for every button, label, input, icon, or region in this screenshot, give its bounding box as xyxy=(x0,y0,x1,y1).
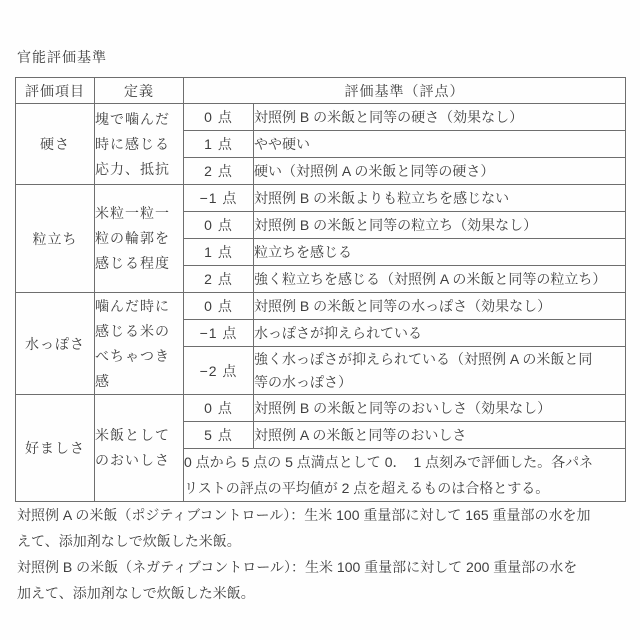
column-header-item: 評価項目 xyxy=(16,78,95,104)
definition-cell-preference: 米飯として のおいしさ xyxy=(95,395,184,502)
criteria-cell: 対照例 B の米飯と同等のおいしさ（効果なし） xyxy=(254,395,626,422)
column-header-criteria: 評価基準（評点） xyxy=(184,78,626,104)
criteria-cell: 対照例 A の米飯と同等のおいしさ xyxy=(254,422,626,449)
criteria-cell: 水っぽさが抑えられている xyxy=(254,320,626,347)
score-cell: 0 点 xyxy=(184,104,254,131)
criteria-cell: 対照例 B の米飯と同等の粒立ち（効果なし） xyxy=(254,212,626,239)
criteria-cell: 硬い（対照例 A の米飯と同等の硬さ） xyxy=(254,158,626,185)
criteria-cell: 強く粒立ちを感じる（対照例 A の米飯と同等の粒立ち） xyxy=(254,266,626,293)
table-row: 硬さ 塊で噛んだ 時に感じる 応力、抵抗 0 点 対照例 B の米飯と同等の硬さ… xyxy=(16,104,626,131)
score-cell: 1 点 xyxy=(184,131,254,158)
page-title: 官能評価基準 xyxy=(17,47,107,67)
table-row: 水っぽさ 噛んだ時に 感じる米の べちゃつき 感 0 点 対照例 B の米飯と同… xyxy=(16,293,626,320)
criteria-cell: 対照例 B の米飯と同等の水っぽさ（効果なし） xyxy=(254,293,626,320)
table-row: 粒立ち 米粒一粒一 粒の輪郭を 感じる程度 −1 点 対照例 B の米飯よりも粒… xyxy=(16,185,626,212)
sensory-evaluation-table: 評価項目 定義 評価基準（評点） 硬さ 塊で噛んだ 時に感じる 応力、抵抗 0 … xyxy=(15,77,626,502)
score-cell: 2 点 xyxy=(184,158,254,185)
criteria-cell: やや硬い xyxy=(254,131,626,158)
definition-cell-hardness: 塊で噛んだ 時に感じる 応力、抵抗 xyxy=(95,104,184,185)
column-header-definition: 定義 xyxy=(95,78,184,104)
criteria-cell: 対照例 B の米飯と同等の硬さ（効果なし） xyxy=(254,104,626,131)
score-cell: 5 点 xyxy=(184,422,254,449)
criteria-cell: 粒立ちを感じる xyxy=(254,239,626,266)
item-cell-wateriness: 水っぽさ xyxy=(16,293,95,395)
item-cell-graininess: 粒立ち xyxy=(16,185,95,293)
criteria-cell: 対照例 B の米飯よりも粒立ちを感じない xyxy=(254,185,626,212)
score-cell: −1 点 xyxy=(184,320,254,347)
definition-cell-graininess: 米粒一粒一 粒の輪郭を 感じる程度 xyxy=(95,185,184,293)
item-cell-hardness: 硬さ xyxy=(16,104,95,185)
item-cell-preference: 好ましさ xyxy=(16,395,95,502)
footnote-control-b: 対照例 B の米飯（ネガティブコントロール）：生米 100 重量部に対して 20… xyxy=(17,554,631,606)
score-cell: 1 点 xyxy=(184,239,254,266)
scoring-note-cell: 0 点から 5 点の 5 点満点として 0． 1 点刻みで評価した。各パネ リス… xyxy=(184,449,626,502)
definition-cell-wateriness: 噛んだ時に 感じる米の べちゃつき 感 xyxy=(95,293,184,395)
score-cell: −2 点 xyxy=(184,347,254,395)
score-cell: 0 点 xyxy=(184,395,254,422)
footnotes: 対照例 A の米飯（ポジティブコントロール）：生米 100 重量部に対して 16… xyxy=(17,502,631,606)
document-page: 官能評価基準 評価項目 定義 評価基準（評点） 硬さ 塊で噛んだ 時に感じる 応… xyxy=(0,0,640,640)
score-cell: 2 点 xyxy=(184,266,254,293)
score-cell: 0 点 xyxy=(184,212,254,239)
table-header-row: 評価項目 定義 評価基準（評点） xyxy=(16,78,626,104)
footnote-control-a: 対照例 A の米飯（ポジティブコントロール）：生米 100 重量部に対して 16… xyxy=(17,502,631,554)
score-cell: 0 点 xyxy=(184,293,254,320)
criteria-cell: 強く水っぽさが抑えられている（対照例 A の米飯と同 等の水っぽさ） xyxy=(254,347,626,395)
score-cell: −1 点 xyxy=(184,185,254,212)
table-row: 好ましさ 米飯として のおいしさ 0 点 対照例 B の米飯と同等のおいしさ（効… xyxy=(16,395,626,422)
